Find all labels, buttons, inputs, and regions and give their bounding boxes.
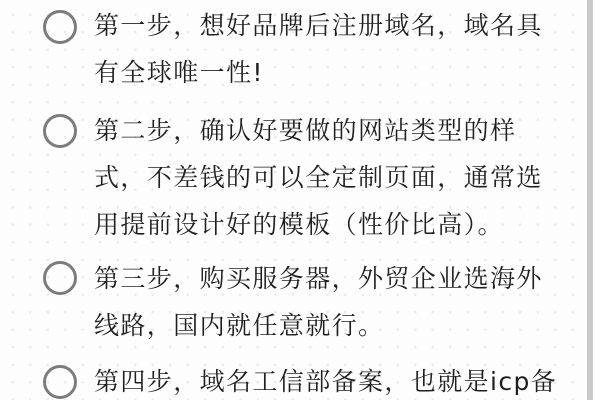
radio-circle-icon[interactable] [43,261,77,295]
step-text: 第三步，购买服务器，外贸企业选海外 线路，国内就任意就行。 [94,255,543,349]
step-text-line: 线路，国内就任意就行。 [94,302,543,349]
radio-circle-icon[interactable] [43,365,77,399]
step-text-line: 第二步，确认好要做的网站类型的样 [94,107,543,154]
step-text-line: 第四步，域名工信部备案，也就是icp备 [94,358,557,400]
step-text-line: 第三步，购买服务器，外贸企业选海外 [94,255,543,302]
scrollbar[interactable] [587,0,593,400]
step-text: 第一步，想好品牌后注册域名，域名具 有全球唯一性! [94,2,543,96]
step-text-line: 第一步，想好品牌后注册域名，域名具 [94,2,543,49]
radio-circle-icon[interactable] [43,114,77,148]
step-text-line: 有全球唯一性! [94,49,543,96]
radio-circle-icon[interactable] [43,10,77,44]
step-text-line: 式，不差钱的可以全定制页面，通常选 [94,154,543,201]
step-text: 第二步，确认好要做的网站类型的样 式，不差钱的可以全定制页面，通常选 用提前设计… [94,107,543,248]
step-text-line: 用提前设计好的模板（性价比高）。 [94,201,543,248]
step-text: 第四步，域名工信部备案，也就是icp备 [94,358,557,400]
